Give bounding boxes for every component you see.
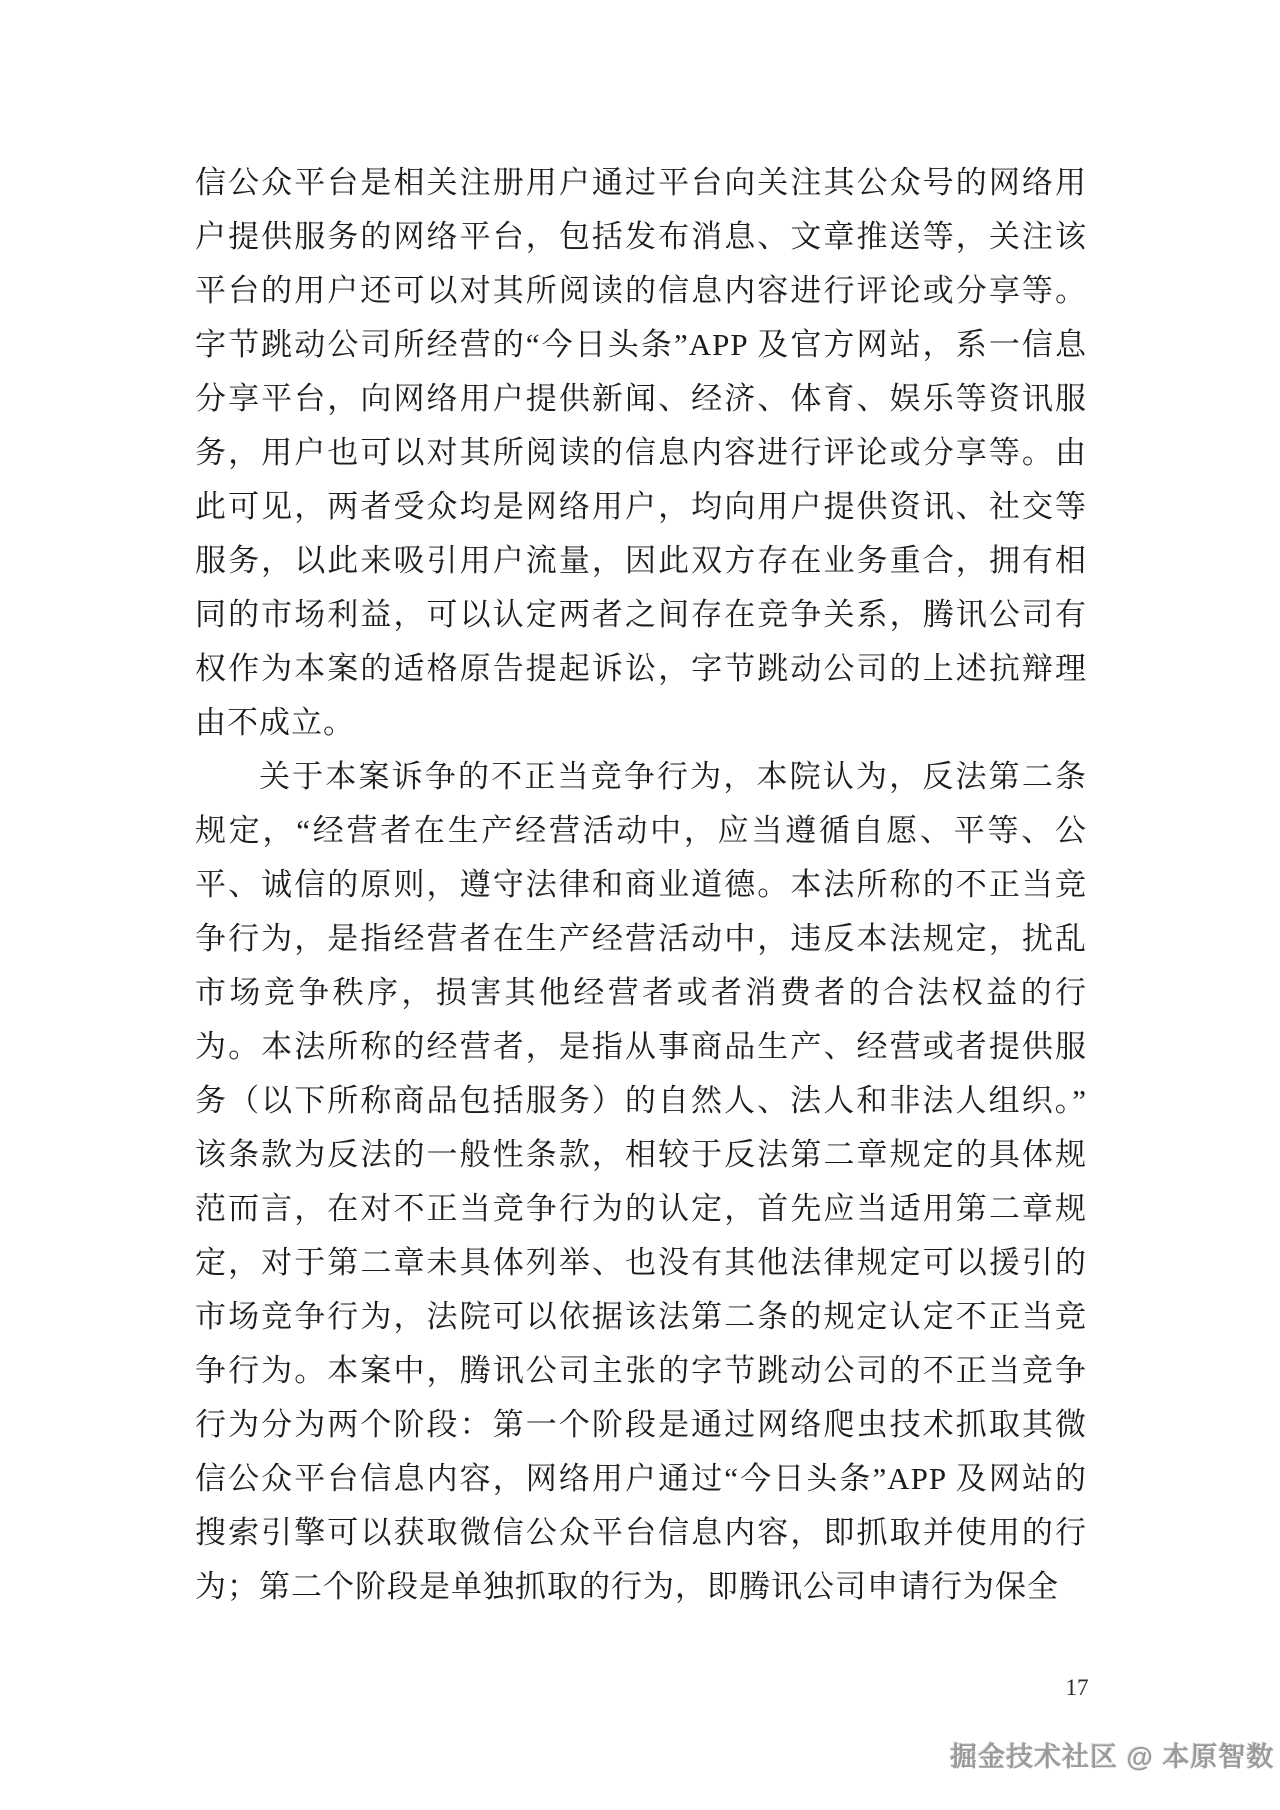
text-line: 关于本案诉争的不正当竞争行为，本院认为，反法第二条	[195, 750, 1087, 804]
text-line: 字节跳动公司所经营的“今日头条”APP 及官方网站，系一信息	[195, 318, 1087, 372]
text-line: 此可见，两者受众均是网络用户，均向用户提供资讯、社交等	[195, 480, 1087, 534]
text-line: 该条款为反法的一般性条款，相较于反法第二章规定的具体规	[195, 1128, 1087, 1182]
text-line: 信公众平台是相关注册用户通过平台向关注其公众号的网络用	[195, 156, 1087, 210]
text-line: 为；第二个阶段是单独抓取的行为，即腾讯公司申请行为保全	[195, 1560, 1087, 1614]
text-line: 同的市场利益，可以认定两者之间存在竞争关系，腾讯公司有	[195, 588, 1087, 642]
text-line: 服务，以此来吸引用户流量，因此双方存在业务重合，拥有相	[195, 534, 1087, 588]
text-line: 务，用户也可以对其所阅读的信息内容进行评论或分享等。由	[195, 426, 1087, 480]
text-line: 争行为。本案中，腾讯公司主张的字节跳动公司的不正当竞争	[195, 1344, 1087, 1398]
watermark: 掘金技术社区 @ 本原智数	[950, 1740, 1250, 1774]
page-number: 17	[1052, 1674, 1102, 1702]
text-line: 为。本法所称的经营者，是指从事商品生产、经营或者提供服	[195, 1020, 1087, 1074]
text-line: 分享平台，向网络用户提供新闻、经济、体育、娱乐等资讯服	[195, 372, 1087, 426]
judgment-text: 信公众平台是相关注册用户通过平台向关注其公众号的网络用 户提供服务的网络平台，包…	[195, 156, 1087, 1614]
text-line: 搜索引擎可以获取微信公众平台信息内容，即抓取并使用的行	[195, 1506, 1087, 1560]
text-line: 户提供服务的网络平台，包括发布消息、文章推送等，关注该	[195, 210, 1087, 264]
text-line: 行为分为两个阶段：第一个阶段是通过网络爬虫技术抓取其微	[195, 1398, 1087, 1452]
text-line: 平台的用户还可以对其所阅读的信息内容进行评论或分享等。	[195, 264, 1087, 318]
text-line: 市场竞争行为，法院可以依据该法第二条的规定认定不正当竞	[195, 1290, 1087, 1344]
text-line: 务（以下所称商品包括服务）的自然人、法人和非法人组织。”	[195, 1074, 1087, 1128]
text-line: 由不成立。	[195, 696, 1087, 750]
text-line: 范而言，在对不正当竞争行为的认定，首先应当适用第二章规	[195, 1182, 1087, 1236]
text-line: 争行为，是指经营者在生产经营活动中，违反本法规定，扰乱	[195, 912, 1087, 966]
text-line: 权作为本案的适格原告提起诉讼，字节跳动公司的上述抗辩理	[195, 642, 1087, 696]
text-line: 规定，“经营者在生产经营活动中，应当遵循自愿、平等、公	[195, 804, 1087, 858]
text-line: 信公众平台信息内容，网络用户通过“今日头条”APP 及网站的	[195, 1452, 1087, 1506]
document-page: 信公众平台是相关注册用户通过平台向关注其公众号的网络用 户提供服务的网络平台，包…	[0, 0, 1280, 1810]
text-line: 平、诚信的原则，遵守法律和商业道德。本法所称的不正当竞	[195, 858, 1087, 912]
text-line: 市场竞争秩序，损害其他经营者或者消费者的合法权益的行	[195, 966, 1087, 1020]
text-line: 定，对于第二章未具体列举、也没有其他法律规定可以援引的	[195, 1236, 1087, 1290]
